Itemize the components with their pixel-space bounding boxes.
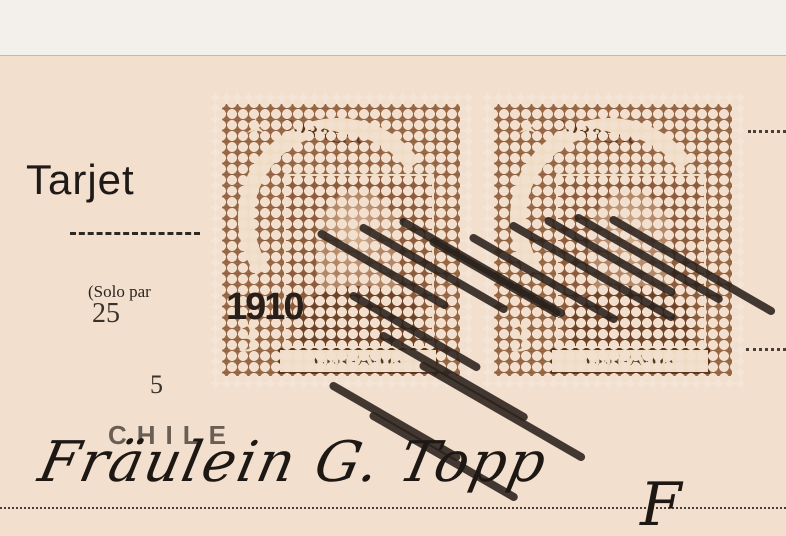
handwritten-address: Fräulein G. Topp <box>33 430 553 495</box>
postmark-day: 25 <box>92 298 120 330</box>
address-line-right-mid <box>746 348 786 351</box>
stamp-2-denomination: 3 <box>510 314 530 361</box>
card-title: Tarjet <box>26 156 135 204</box>
handwritten-address-line2: F <box>640 470 682 536</box>
postmark-hour: 5 <box>150 370 163 400</box>
star-icon: ✶ <box>516 112 539 145</box>
stamp-2-currency: CENTAVOS <box>550 348 710 374</box>
address-line-right-top <box>748 130 786 133</box>
background-paper <box>0 0 786 56</box>
postmark-line <box>70 232 200 235</box>
star-icon: ✶ <box>244 112 267 145</box>
stamp-1-portrait <box>284 174 434 348</box>
postmark-year: 1910 <box>226 286 303 329</box>
